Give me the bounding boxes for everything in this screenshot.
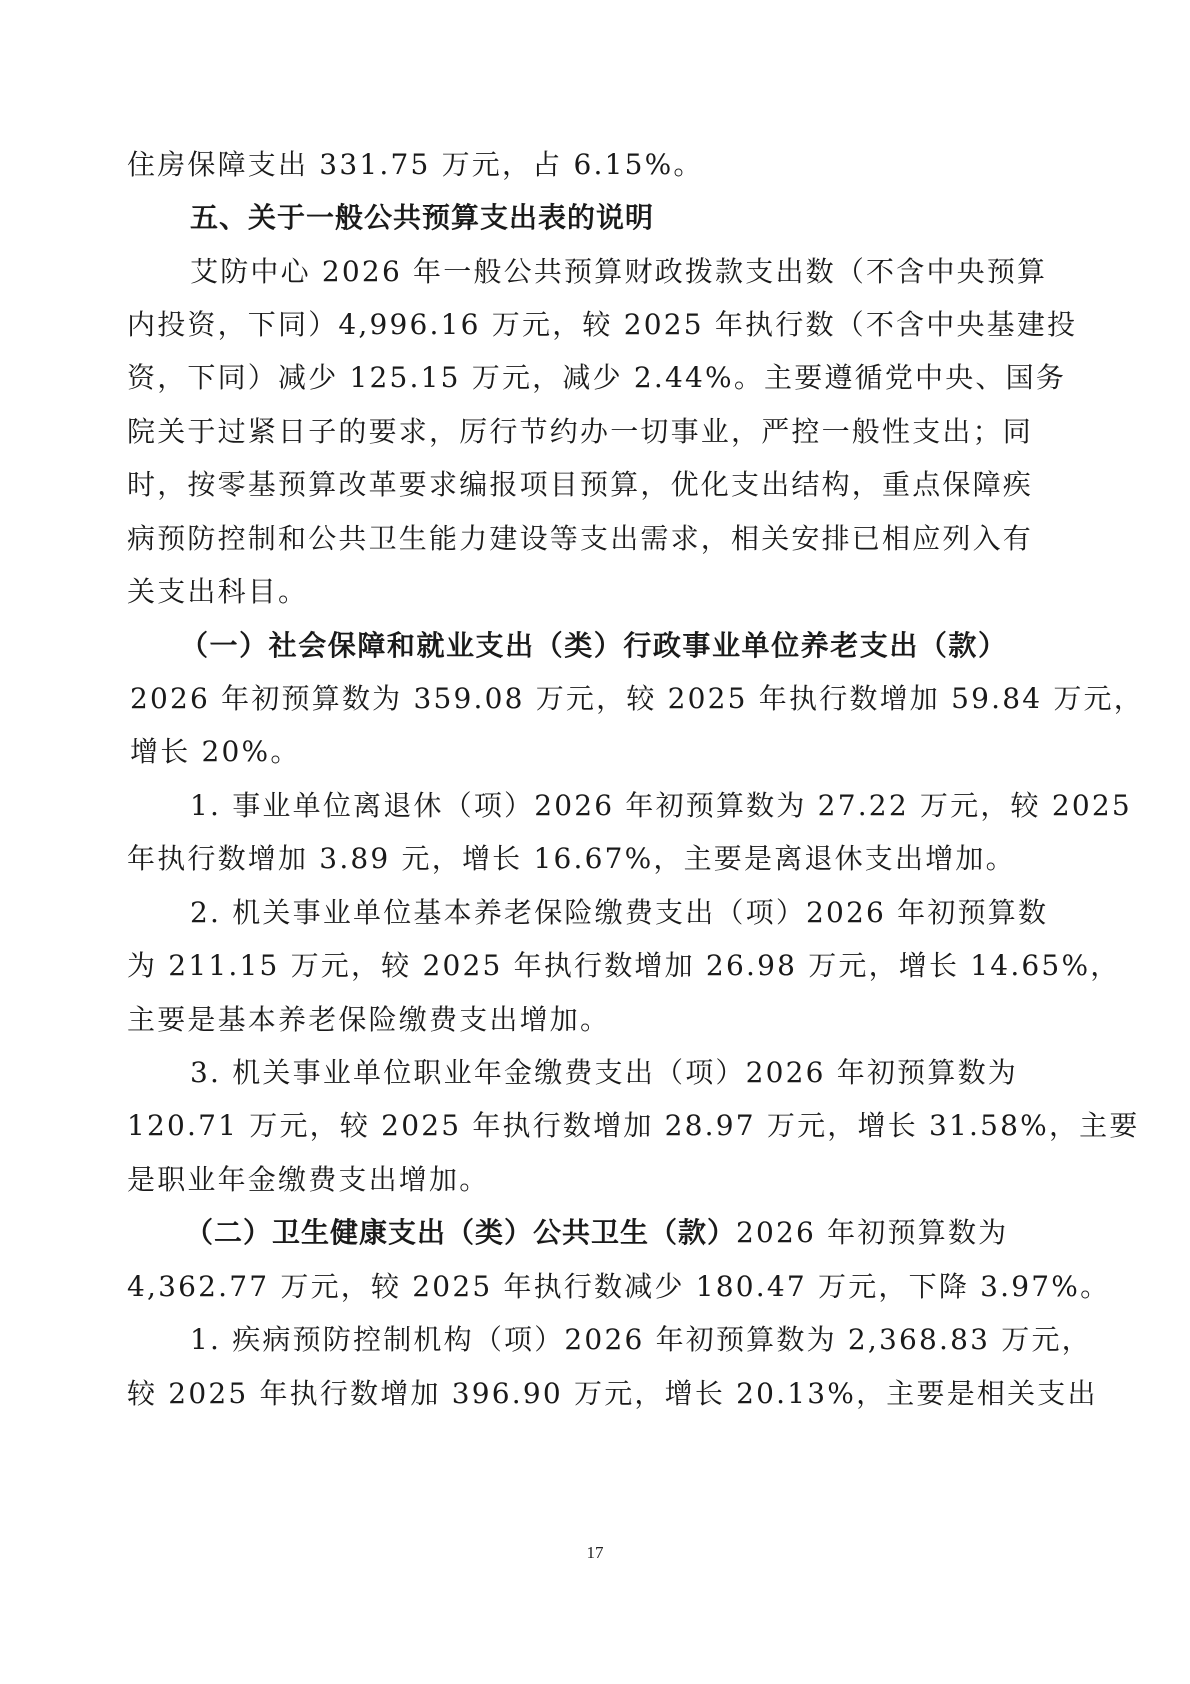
section-heading-general-budget-expenditure: 五、关于一般公共预算支出表的说明 (190, 198, 1007, 238)
subsection-heading-bold: （二）卫生健康支出（类）公共卫生（款） (185, 1216, 736, 1249)
subsection-heading-public-health: （二）卫生健康支出（类）公共卫生（款）2026 年初预算数为 (185, 1213, 1007, 1253)
paragraph-line-item-1-cdc: 1. 疾病预防控制机构（项）2026 年初预算数为 2,368.83 万元， (190, 1320, 1007, 1360)
paragraph-line: 资，下同）减少 125.15 万元，减少 2.44%。主要遵循党中央、国务 (127, 358, 1007, 398)
paragraph-line: 艾防中心 2026 年一般公共预算财政拨款支出数（不含中央预算 (190, 252, 1007, 292)
subsection-heading-rest: 2026 年初预算数为 (736, 1216, 1008, 1249)
paragraph-line: 4,362.77 万元，较 2025 年执行数减少 180.47 万元，下降 3… (127, 1267, 1007, 1307)
paragraph-line: 为 211.15 万元，较 2025 年执行数增加 26.98 万元，增长 14… (127, 946, 1007, 986)
paragraph-line: 是职业年金缴费支出增加。 (127, 1160, 1007, 1200)
paragraph-line-item-2: 2. 机关事业单位基本养老保险缴费支出（项）2026 年初预算数 (190, 893, 1007, 933)
paragraph-line: 主要是基本养老保险缴费支出增加。 (127, 1000, 1007, 1040)
paragraph-line: 院关于过紧日子的要求，厉行节约办一切事业，严控一般性支出；同 (127, 412, 1007, 452)
subsection-heading-social-security: （一）社会保障和就业支出（类）行政事业单位养老支出（款） (180, 626, 1007, 666)
paragraph-line: 2026 年初预算数为 359.08 万元，较 2025 年执行数增加 59.8… (130, 679, 990, 719)
document-page: 住房保障支出 331.75 万元，占 6.15%。 五、关于一般公共预算支出表的… (0, 0, 1190, 1684)
paragraph-line-item-1: 1. 事业单位离退休（项）2026 年初预算数为 27.22 万元，较 2025 (190, 786, 1007, 826)
page-number: 17 (0, 1543, 1190, 1563)
paragraph-line: 病预防控制和公共卫生能力建设等支出需求，相关安排已相应列入有 (127, 519, 1007, 559)
paragraph-line: 增长 20%。 (130, 732, 1010, 772)
paragraph-line: 关支出科目。 (127, 572, 1007, 612)
paragraph-line: 年执行数增加 3.89 元，增长 16.67%，主要是离退休支出增加。 (127, 839, 1007, 879)
paragraph-line: 120.71 万元，较 2025 年执行数增加 28.97 万元，增长 31.5… (127, 1106, 1007, 1146)
paragraph-line-housing-security: 住房保障支出 331.75 万元，占 6.15%。 (127, 145, 1007, 185)
paragraph-line-item-3: 3. 机关事业单位职业年金缴费支出（项）2026 年初预算数为 (190, 1053, 1007, 1093)
paragraph-line: 时，按零基预算改革要求编报项目预算，优化支出结构，重点保障疾 (127, 465, 1007, 505)
paragraph-line: 较 2025 年执行数增加 396.90 万元，增长 20.13%，主要是相关支… (127, 1374, 1007, 1414)
paragraph-line: 内投资，下同）4,996.16 万元，较 2025 年执行数（不含中央基建投 (127, 305, 1007, 345)
